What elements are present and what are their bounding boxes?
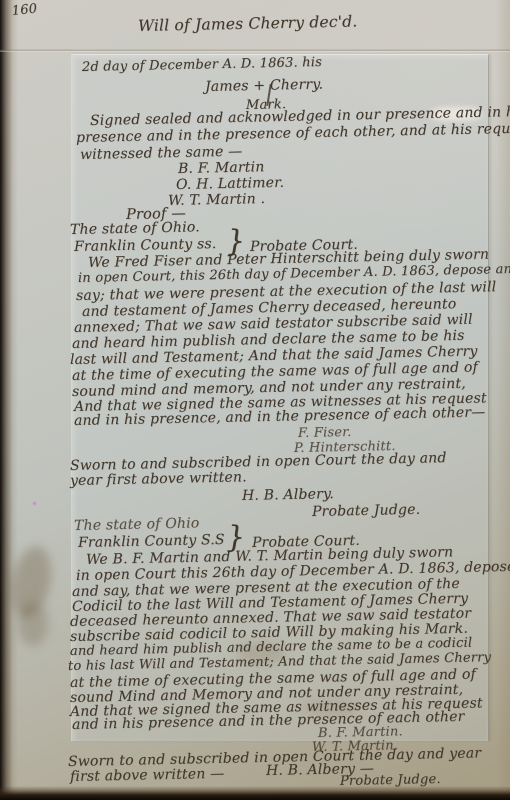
state-caption: The state of Ohio. — [70, 220, 200, 238]
pink-speck — [33, 502, 36, 505]
judge-title: Probate Judge. — [312, 503, 421, 521]
ink-stain — [18, 602, 48, 646]
page-title: Will of James Cherry dec'd. — [138, 13, 358, 35]
judge-signature: H. B. Albery. — [242, 487, 334, 504]
book-gutter-shadow — [0, 0, 18, 800]
testator-signature: James + Cherry. — [205, 78, 324, 96]
state-caption: The state of Ohio — [74, 516, 200, 534]
ledger-page: 160 Will of James Cherry dec'd. 2d day o… — [0, 0, 510, 800]
page-number: 160 — [11, 2, 38, 19]
book-bottom-edge — [0, 786, 510, 800]
jurat-line: first above written — — [70, 767, 225, 786]
horizontal-crease — [0, 49, 510, 52]
